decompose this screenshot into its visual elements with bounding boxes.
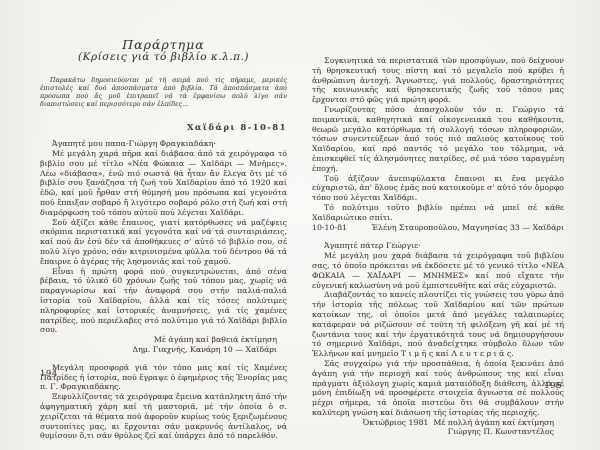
letter2-paragraph: Γνωρίζοντας πόσο ἀπασχολοῦν τόν π. Γεώργ…	[312, 105, 564, 174]
excerpt-paragraph: Ξεφυλλίζοντας τά χειρόγραφα ἔμεινα κατάπ…	[40, 392, 287, 441]
editor-intro-text: Παρακάτω δημοσιεύονται μέ τή σειρά πού τ…	[40, 76, 287, 109]
letter2-paragraph: Συγκινητικά τά περιστατικά τῶν προσφύγων…	[312, 56, 564, 105]
letter2-paragraph: Τό πολύτιμο τοῦτο βιβλίο πρέπει νά μπεῖ …	[312, 203, 564, 223]
letter1-paragraph: Σοῦ ἀξίζει κάθε ἔπαινος, γιατί κατόρθωσε…	[40, 218, 287, 267]
letter3-paragraph: Σᾶς συγχαίρω γιά τήν προσπάθεια, ἡ ὁποία…	[312, 359, 564, 418]
letter3-greeting: Ἀγαπητέ πάτερ Γεώργιε·	[312, 241, 564, 251]
letter3-paragraph: Διαβάζοντάς το κανείς πλουτίζει τίς γνώσ…	[312, 290, 564, 359]
letter1-signature-name: Δημ. Γιαχνής, Κανάρη 10 — Χαϊδάρι	[40, 345, 287, 355]
page-number-right: 195	[544, 382, 562, 392]
page-right: Συγκινητικά τά περιστατικά τῶν προσφύγων…	[312, 0, 564, 450]
appendix-title: Παράρτημα	[40, 40, 287, 50]
letter2-signature-date: 10-10-81	[312, 223, 347, 233]
letter1-paragraph: Εἶναι ἡ πρώτη φορά πού συγκεντρώνεται, ἀ…	[40, 267, 287, 336]
letter1-paragraph: Μέ μεγάλη χαρά πῆρα καί διάβασα ἀπό τά χ…	[40, 149, 287, 218]
letter3-signature-closing-text: Μέ πολλή ἀγάπη καί ἐκτίμηση	[433, 418, 554, 427]
letter2-signature-name: Ἑλένη Σταυροπούλου, Μαγνησίας 33 — Χαϊδά…	[372, 223, 564, 233]
letter1-dateline: Χαϊδάρι 8-10-81	[40, 123, 287, 133]
page-number-left: 194	[40, 370, 58, 380]
letter3-paragraph: Μέ μεγάλη μου χαρά διάβασα τά χειρόγραφα…	[312, 251, 564, 290]
letter2-paragraph: Τοῦ ἀξίζουν ἀνεπιφύλακτα ἔπαινοι κι ἕνα …	[312, 174, 564, 203]
letter3-signature-name: Γιώργης Π. Κωνσταντέλος	[312, 427, 564, 437]
editor-intro-note: Παρακάτω δημοσιεύονται μέ τή σειρά πού τ…	[40, 76, 287, 109]
letter3-signature-closing: Ὀκτώβριος 1981 Μέ πολλή ἀγάπη καί ἐκτίμη…	[312, 418, 564, 428]
book-spread: Παράρτημα (Κρίσεις γιά τό βιβλίο κ.λ.π.)…	[0, 0, 600, 450]
letter1-greeting: Ἀγαπητέ μου παπα-Γιώργη Φραγκιαδάκη·	[40, 139, 287, 149]
page-left: Παράρτημα (Κρίσεις γιά τό βιβλίο κ.λ.π.)…	[40, 0, 287, 450]
letter2-signature: 10-10-81 Ἑλένη Σταυροπούλου, Μαγνησίας 3…	[312, 223, 564, 233]
excerpt-paragraph: Μεγάλη προσφορά γιά τόν τόπο μας καί τίς…	[40, 363, 287, 392]
letter3-signature-date: Ὀκτώβριος 1981	[363, 418, 428, 427]
appendix-subtitle: (Κρίσεις γιά τό βιβλίο κ.λ.π.)	[40, 53, 287, 63]
letter1-signature-closing: Μέ ἀγάπη καί βαθειά ἐκτίμηση	[40, 335, 287, 345]
